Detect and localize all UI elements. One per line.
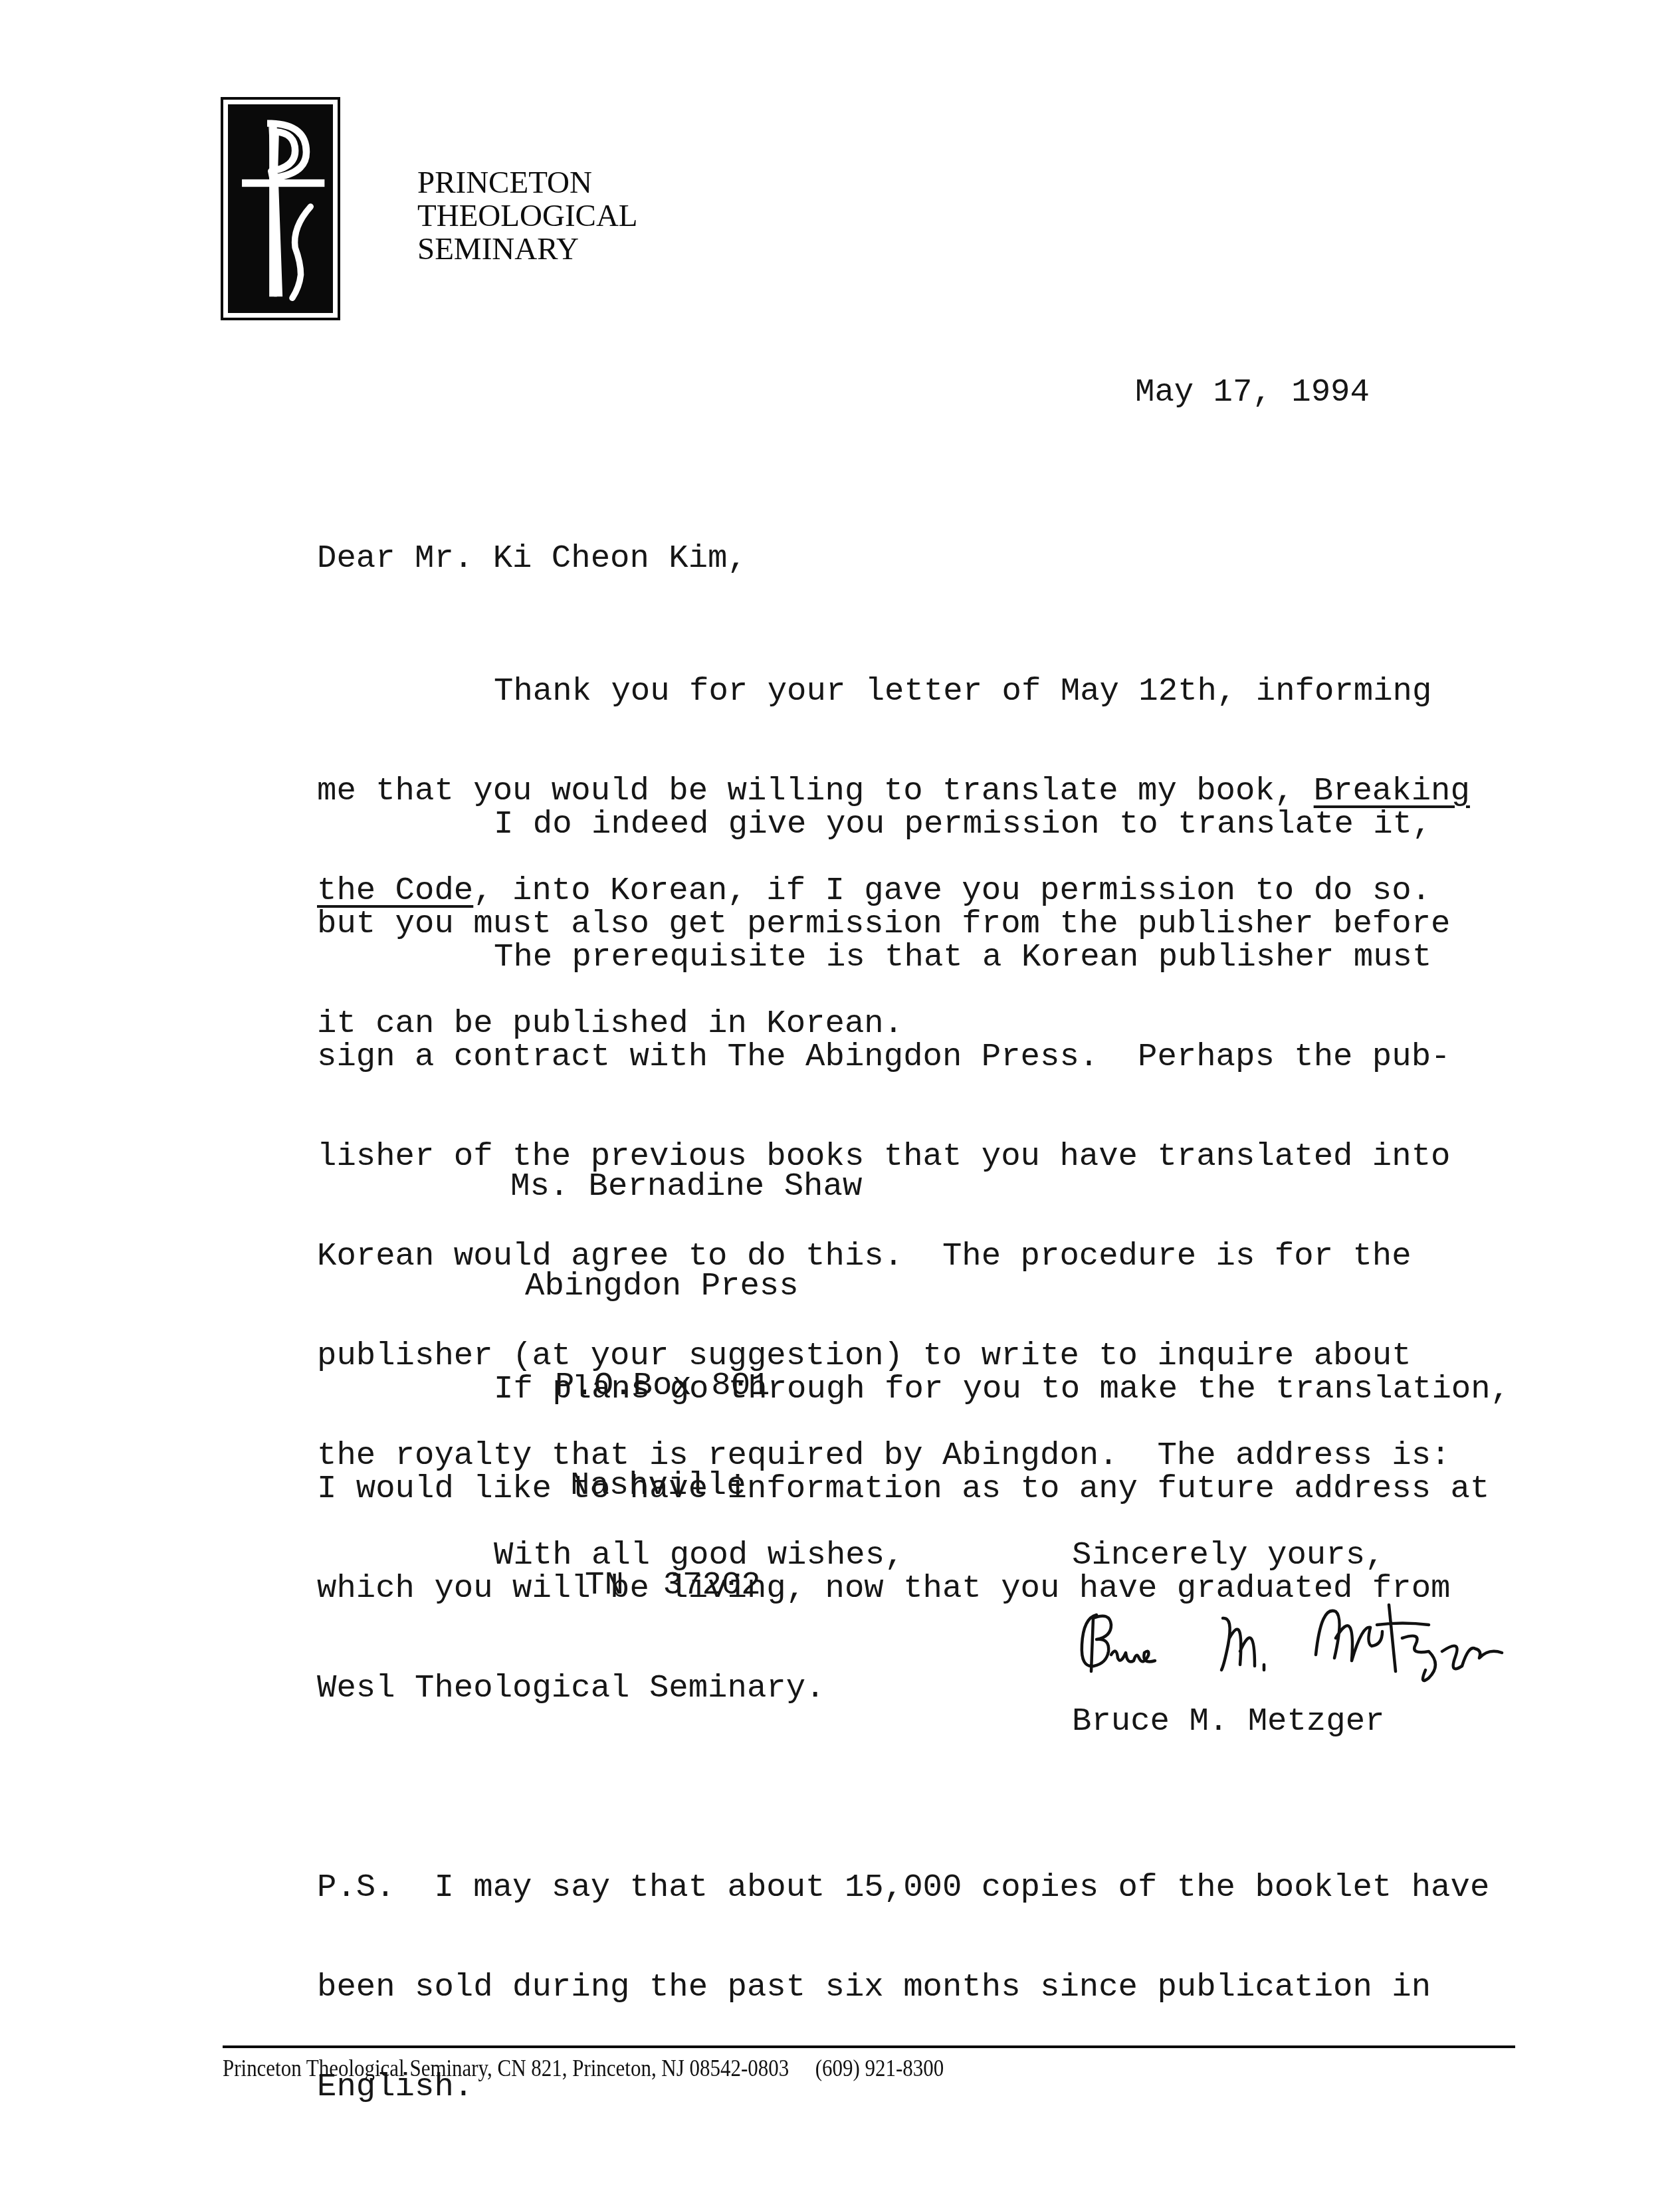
paragraph-line: Thank you for your letter of May 12th, i… <box>317 675 1470 708</box>
closing-wish-text: With all good wishes, <box>317 1538 904 1572</box>
signature-icon <box>1070 1592 1575 1691</box>
paragraph-line: If plans go through for you to make the … <box>317 1372 1510 1406</box>
letter-page: PRINCETON THEOLOGICAL SEMINARY May 17, 1… <box>0 0 1680 2193</box>
footer-contact: Princeton Theological Seminary, CN 821, … <box>223 2055 944 2081</box>
paragraph-line: sign a contract with The Abingdon Press.… <box>317 1040 1450 1073</box>
pts-monogram-icon <box>228 104 333 313</box>
closing-wish: With all good wishes, <box>317 1472 904 1638</box>
address-name: Ms. Bernadine Shaw <box>510 1170 862 1203</box>
paragraph-line: I do indeed give you permission to trans… <box>317 807 1450 841</box>
seminary-logo <box>221 97 340 320</box>
handwritten-signature <box>1070 1592 1575 1691</box>
seminary-name-line: SEMINARY <box>417 233 638 266</box>
paragraph-line: lisher of the previous books that you ha… <box>317 1140 1450 1173</box>
letter-date: May 17, 1994 <box>1135 375 1370 409</box>
seminary-name-line: THEOLOGICAL <box>417 199 638 233</box>
postscript-line: been sold during the past six months sin… <box>317 1970 1489 2004</box>
footer-address: Princeton Theological Seminary, CN 821, … <box>223 2055 789 2081</box>
seminary-name-line: PRINCETON <box>417 166 638 199</box>
paragraph-line: The prerequisite is that a Korean publis… <box>317 940 1450 974</box>
postscript-line: P.S. I may say that about 15,000 copies … <box>317 1871 1489 1904</box>
postscript: P.S. I may say that about 15,000 copies … <box>317 1804 1489 2170</box>
seminary-name: PRINCETON THEOLOGICAL SEMINARY <box>417 166 638 266</box>
footer-divider <box>223 2045 1515 2048</box>
paragraph-line: Korean would agree to do this. The proce… <box>317 1239 1450 1273</box>
address-organization: Abingdon Press <box>510 1269 862 1303</box>
typed-signer-name: Bruce M. Metzger <box>1072 1705 1384 1738</box>
salutation: Dear Mr. Ki Cheon Kim, <box>317 542 747 575</box>
footer-phone: (609) 921-8300 <box>815 2055 944 2081</box>
complimentary-close: Sincerely yours, <box>1072 1538 1384 1572</box>
